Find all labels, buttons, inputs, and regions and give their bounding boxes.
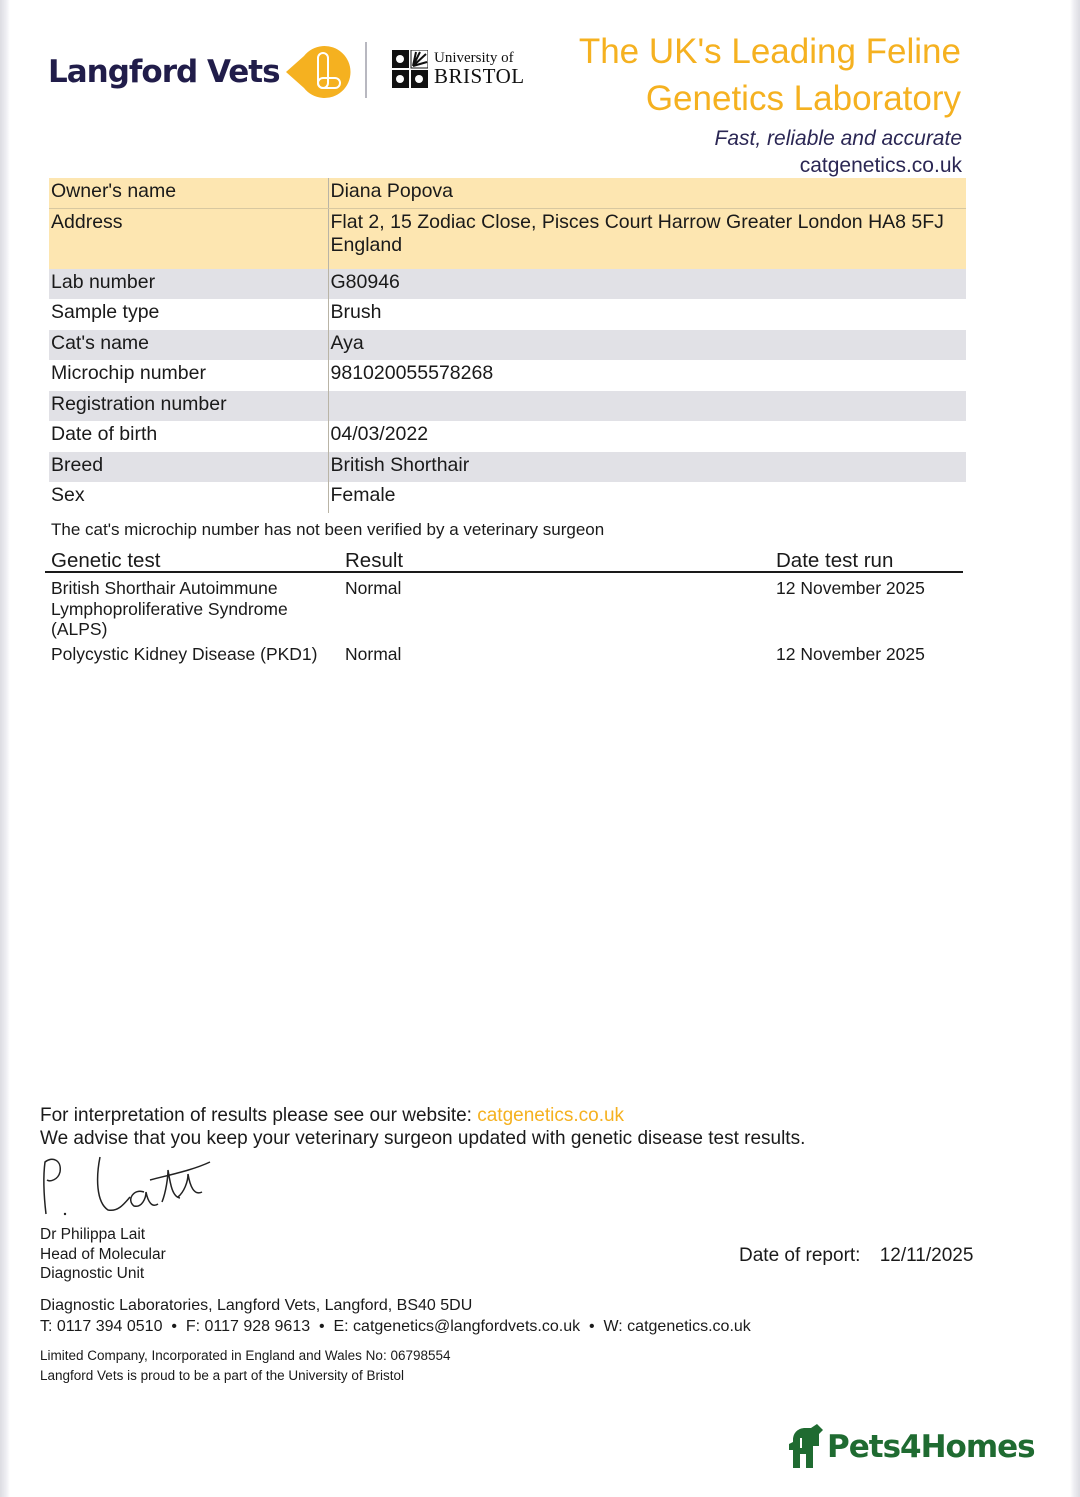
tagline-line1: The UK's Leading Feline — [579, 28, 961, 75]
sex-label: Sex — [49, 482, 328, 513]
table-row: British Shorthair Autoimmune Lymphoproli… — [45, 578, 963, 644]
dob-label: Date of birth — [49, 421, 328, 452]
test-name: Polycystic Kidney Disease (PKD1) — [51, 644, 317, 665]
table-row-owner-name: Owner's name Diana Popova — [49, 178, 966, 208]
cat-details-table: Owner's name Diana Popova Address Flat 2… — [49, 178, 966, 513]
signature-image — [38, 1152, 218, 1222]
report-date: Date of report: 12/11/2025 — [739, 1245, 973, 1267]
test-result: Normal — [345, 644, 401, 665]
interpretation-block: For interpretation of results please see… — [40, 1104, 805, 1150]
signer-title-line2: Diagnostic Unit — [40, 1264, 166, 1284]
table-row-sample-type: Sample type Brush — [49, 299, 966, 330]
legal-line1: Limited Company, Incorporated in England… — [40, 1346, 451, 1366]
registration-label: Registration number — [49, 391, 328, 421]
bristol-crest-icon — [392, 50, 428, 88]
legal-block: Limited Company, Incorporated in England… — [40, 1346, 451, 1385]
test-name: British Shorthair Autoimmune Lymphoproli… — [51, 578, 321, 640]
interpretation-link[interactable]: catgenetics.co.uk — [477, 1105, 624, 1126]
table-row-address: Address Flat 2, 15 Zodiac Close, Pisces … — [49, 208, 966, 269]
table-row-lab-number: Lab number G80946 — [49, 269, 966, 299]
page-edge-left — [0, 0, 10, 1497]
breed-value: British Shorthair — [328, 452, 966, 482]
results-header-row: Genetic test Result Date test run — [45, 547, 963, 573]
sample-type-label: Sample type — [49, 299, 328, 330]
tagline-line2: Genetics Laboratory — [579, 75, 961, 122]
pets4homes-watermark: Pets4Homes — [789, 1424, 1035, 1470]
lab-number-label: Lab number — [49, 269, 328, 299]
signer-block: Dr Philippa Lait Head of Molecular Diagn… — [40, 1225, 166, 1284]
cat-name-label: Cat's name — [49, 330, 328, 360]
pets4homes-wordmark: Pets4Homes — [827, 1429, 1035, 1465]
table-row-dob: Date of birth 04/03/2022 — [49, 421, 966, 452]
address-value: Flat 2, 15 Zodiac Close, Pisces Court Ha… — [328, 208, 966, 269]
lab-address-line: Diagnostic Laboratories, Langford Vets, … — [40, 1295, 751, 1316]
header-date-test-run: Date test run — [776, 549, 893, 573]
header-genetic-test: Genetic test — [51, 549, 160, 573]
table-row-microchip: Microchip number 981020055578268 — [49, 360, 966, 391]
signer-title-line1: Head of Molecular — [40, 1245, 166, 1265]
microchip-value: 981020055578268 — [328, 360, 966, 391]
advice-text: We advise that you keep your veterinary … — [40, 1127, 805, 1150]
report-date-value: 12/11/2025 — [880, 1245, 974, 1266]
table-row-registration: Registration number — [49, 391, 966, 421]
genetic-results-table: Genetic test Result Date test run Britis… — [45, 547, 963, 666]
header-result: Result — [345, 549, 403, 573]
sample-type-value: Brush — [328, 299, 966, 330]
table-row: Polycystic Kidney Disease (PKD1) Normal … — [45, 644, 963, 666]
test-date: 12 November 2025 — [776, 578, 925, 599]
page-edge-right — [1070, 0, 1080, 1497]
header-website[interactable]: catgenetics.co.uk — [800, 154, 962, 178]
header-tagline: The UK's Leading Feline Genetics Laborat… — [579, 28, 961, 122]
report-date-label: Date of report: — [739, 1245, 860, 1266]
table-row-cat-name: Cat's name Aya — [49, 330, 966, 360]
breed-label: Breed — [49, 452, 328, 482]
lab-contact-line: T: 0117 394 0510 • F: 0117 928 9613 • E:… — [40, 1316, 751, 1337]
pets4homes-dog-house-icon — [789, 1424, 825, 1470]
address-label: Address — [49, 208, 328, 269]
owner-name-value: Diana Popova — [328, 178, 966, 208]
test-result: Normal — [345, 578, 401, 599]
signer-name: Dr Philippa Lait — [40, 1225, 166, 1245]
microchip-verification-note: The cat's microchip number has not been … — [51, 520, 604, 540]
langford-vets-logo: Langford Vets — [48, 44, 356, 100]
test-date: 12 November 2025 — [776, 644, 925, 665]
owner-name-label: Owner's name — [49, 178, 328, 208]
header-divider — [365, 42, 367, 98]
table-row-sex: Sex Female — [49, 482, 966, 513]
lab-number-value: G80946 — [328, 269, 966, 299]
legal-line2: Langford Vets is proud to be a part of t… — [40, 1366, 451, 1386]
sex-value: Female — [328, 482, 966, 513]
registration-value — [328, 391, 966, 421]
langford-vets-wordmark: Langford Vets — [48, 54, 280, 90]
header-subtagline: Fast, reliable and accurate — [715, 127, 962, 151]
bristol-wordmark-line2: BRISTOL — [434, 66, 525, 87]
dob-value: 04/03/2022 — [328, 421, 966, 452]
microchip-label: Microchip number — [49, 360, 328, 391]
interpretation-text: For interpretation of results please see… — [40, 1105, 472, 1126]
university-of-bristol-logo: University of BRISTOL — [392, 50, 525, 88]
lab-address-block: Diagnostic Laboratories, Langford Vets, … — [40, 1295, 751, 1337]
cat-name-value: Aya — [328, 330, 966, 360]
table-row-breed: Breed British Shorthair — [49, 452, 966, 482]
langford-drop-icon — [286, 44, 356, 100]
